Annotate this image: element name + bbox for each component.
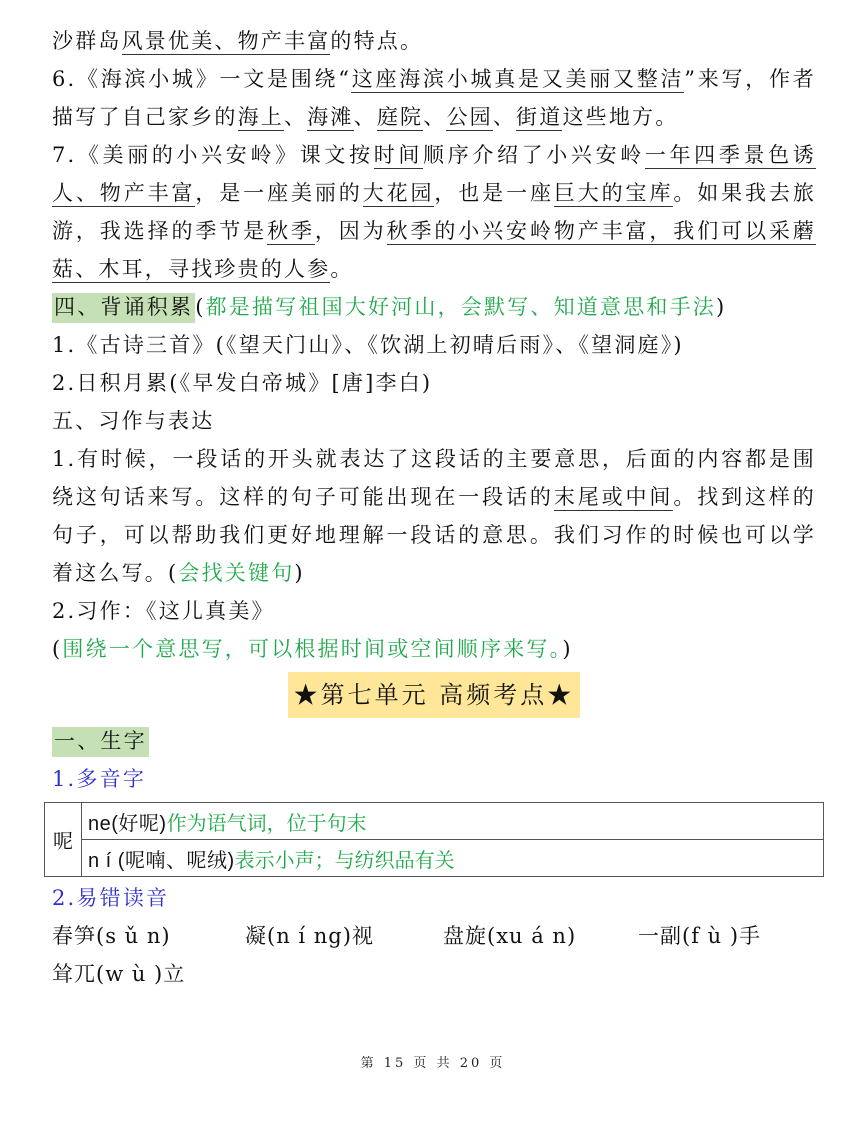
reading: ne(好呢) <box>88 813 167 835</box>
misread-item: 盘旋(xu á n) <box>443 917 638 955</box>
document-page: 沙群岛风景优美、物产丰富的特点。 6.《海滨小城》一文是围绕“这座海滨小城真是又… <box>52 22 816 993</box>
underlined-text: 风景优美、物产丰富 <box>122 29 331 55</box>
polyphone-char: 呢 <box>45 803 82 877</box>
unit-title-line: ★第七单元 高频考点★ <box>52 672 816 720</box>
section-5-item-1: 1.有时候，一段话的开头就表达了这段话的主要意思，后面的内容都是围绕这句话来写。… <box>52 440 816 592</box>
misread-item: 凝(n í ng)视 <box>245 917 443 955</box>
text: ，也是一座 <box>434 181 553 205</box>
item-6-paragraph: 6.《海滨小城》一文是围绕“这座海滨小城真是又美丽又整洁”来写，作者描写了自己家… <box>52 60 816 136</box>
underlined-text: 巨大的宝库 <box>554 181 673 207</box>
misread-item: 耸兀(w ù )立 <box>52 955 185 993</box>
underlined-place: 海滩 <box>307 105 353 131</box>
paren: ( <box>52 637 62 661</box>
misread-row-2: 耸兀(w ù )立 <box>52 955 816 993</box>
polyphone-subheading: 1.多音字 <box>52 760 816 798</box>
section-5-note: (围绕一个意思写，可以根据时间或空间顺序来写。) <box>52 630 816 668</box>
separator: 、 <box>423 105 446 129</box>
text: 这些地方。 <box>562 105 678 129</box>
unit-title: ★第七单元 高频考点★ <box>288 672 581 718</box>
text: 沙群岛 <box>52 29 122 53</box>
section-4-note: 都是描写祖国大好河山，会默写、知道意思和手法 <box>206 295 716 319</box>
text: 顺序介绍了小兴安岭 <box>423 143 645 167</box>
meaning: 表示小声；与纺织品有关 <box>235 848 455 872</box>
table-row: n í (呢喃、呢绒)表示小声；与纺织品有关 <box>45 840 824 877</box>
section-4-heading-line: 四、背诵积累(都是描写祖国大好河山，会默写、知道意思和手法) <box>52 288 816 326</box>
shengzi-heading: 一、生字 <box>52 727 149 757</box>
separator: 、 <box>354 105 377 129</box>
text: 7.《美丽的小兴安岭》课文按 <box>52 143 374 167</box>
green-note: 围绕一个意思写，可以根据时间或空间顺序来写。 <box>62 637 562 661</box>
text: ，是一座美丽的 <box>195 181 362 205</box>
underlined-text: 时间 <box>374 143 423 169</box>
section-4-heading: 四、背诵积累 <box>52 293 195 323</box>
paragraph-line-1: 沙群岛风景优美、物产丰富的特点。 <box>52 22 816 60</box>
paren: ( <box>195 295 205 319</box>
underlined-place: 海上 <box>238 105 284 131</box>
polyphone-reading-cell: ne(好呢)作为语气词，位于句末 <box>82 803 824 840</box>
misread-item: 一副(f ù )手 <box>638 917 761 955</box>
text: 6.《海滨小城》一文是围绕“ <box>52 67 351 91</box>
misread-row-1: 春笋(s ǔ n) 凝(n í ng)视 盘旋(xu á n) 一副(f ù )… <box>52 917 816 955</box>
paren: ) <box>716 295 726 319</box>
table-row: 呢 ne(好呢)作为语气词，位于句末 <box>45 803 824 840</box>
item-7-paragraph: 7.《美丽的小兴安岭》课文按时间顺序介绍了小兴安岭一年四季景色诱人、物产丰富，是… <box>52 136 816 288</box>
text: ，因为 <box>315 219 387 243</box>
page-footer: 第 15 页 共 20 页 <box>0 1052 866 1071</box>
shengzi-heading-line: 一、生字 <box>52 722 816 760</box>
underlined-text: 这座海滨小城真是又美丽又整洁 <box>351 67 684 93</box>
paren: ) <box>562 637 572 661</box>
separator: 、 <box>284 105 307 129</box>
underlined-place: 公园 <box>446 105 492 131</box>
green-note: 会找关键句 <box>178 561 294 585</box>
section-5-heading: 五、习作与表达 <box>52 402 816 440</box>
section-4-item-2: 2.日积月累(《早发白帝城》[唐]李白) <box>52 364 816 402</box>
underlined-place: 街道 <box>516 105 562 131</box>
section-5-item-2: 2.习作：《这儿真美》 <box>52 592 816 630</box>
text: 的特点。 <box>330 29 423 53</box>
reading: n í (呢喃、呢绒) <box>88 850 235 872</box>
polyphone-reading-cell: n í (呢喃、呢绒)表示小声；与纺织品有关 <box>82 840 824 877</box>
underlined-text: 秋季 <box>267 219 315 245</box>
underlined-text: 大花园 <box>363 181 435 207</box>
section-4-item-1: 1.《古诗三首》(《望天门山》、《饮湖上初晴后雨》、《望洞庭》) <box>52 326 816 364</box>
underlined-text: 末尾或中间 <box>554 485 673 511</box>
separator: 、 <box>493 105 516 129</box>
underlined-place: 庭院 <box>377 105 423 131</box>
meaning: 作为语气词，位于句末 <box>167 811 367 835</box>
misread-item: 春笋(s ǔ n) <box>52 917 245 955</box>
polyphone-table: 呢 ne(好呢)作为语气词，位于句末 n í (呢喃、呢绒)表示小声；与纺织品有… <box>44 802 824 877</box>
paren: ) <box>294 561 304 585</box>
text: 。 <box>330 257 353 281</box>
misread-subheading: 2.易错读音 <box>52 879 816 917</box>
